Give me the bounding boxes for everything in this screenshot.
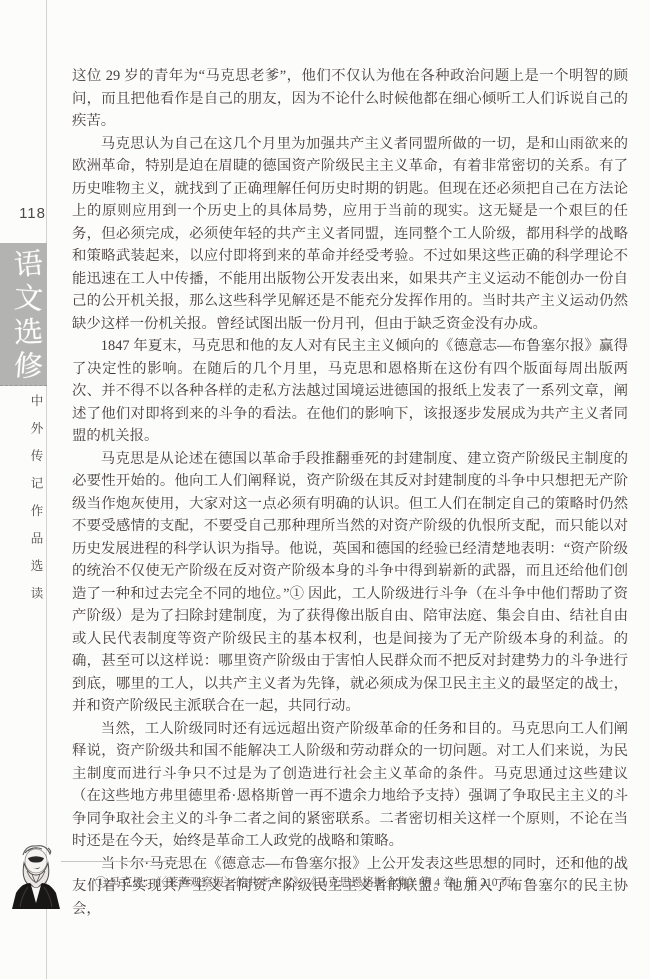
paragraph: 这位 29 岁的青年为“马克思老爹”，他们不仅认为他在各种政治问题上是一个明智的… bbox=[72, 65, 628, 133]
paragraph: 当然，工人阶级同时还有远远超出资产阶级革命的任务和目的。马克思向工人们阐释说，资… bbox=[72, 718, 628, 853]
paragraph: 马克思认为自己在这几个月里为加强共产主义者同盟所做的一切，是和山雨欲来的欧洲革命… bbox=[72, 133, 628, 336]
series-subtitle-vertical: 中外传记作品选读 bbox=[27, 394, 45, 634]
textbook-page: 118 语 文 选 修 中外传记作品选读 这位 29 岁的青年为“马克思老爹”，… bbox=[0, 0, 650, 979]
paragraph: 马克思是从论述在德国以革命手段推翻垂死的封建制度、建立资产阶级民主制度的必要性开… bbox=[72, 448, 628, 718]
footnote: ① 马克思：《〈莱茵观察报〉的共产主义》，《马克思恩格斯全集》第 4 卷，第 2… bbox=[72, 875, 612, 892]
sidebar-divider-line bbox=[46, 0, 47, 979]
page-number: 118 bbox=[10, 205, 46, 222]
series-title-box: 语 文 选 修 bbox=[0, 243, 47, 386]
series-title-char: 选 bbox=[13, 314, 44, 349]
body-text: 这位 29 岁的青年为“马克思老爹”，他们不仅认为他在各种政治问题上是一个明智的… bbox=[72, 65, 628, 920]
marx-portrait-sketch bbox=[8, 841, 64, 909]
series-title-char: 文 bbox=[13, 280, 44, 316]
series-title-char: 语 bbox=[12, 246, 44, 283]
paragraph: 1847 年夏末，马克思和他的友人对有民主主义倾向的《德意志—布鲁塞尔报》赢得了… bbox=[72, 335, 628, 448]
series-title-char: 修 bbox=[13, 348, 45, 384]
footnote-divider bbox=[61, 861, 184, 862]
